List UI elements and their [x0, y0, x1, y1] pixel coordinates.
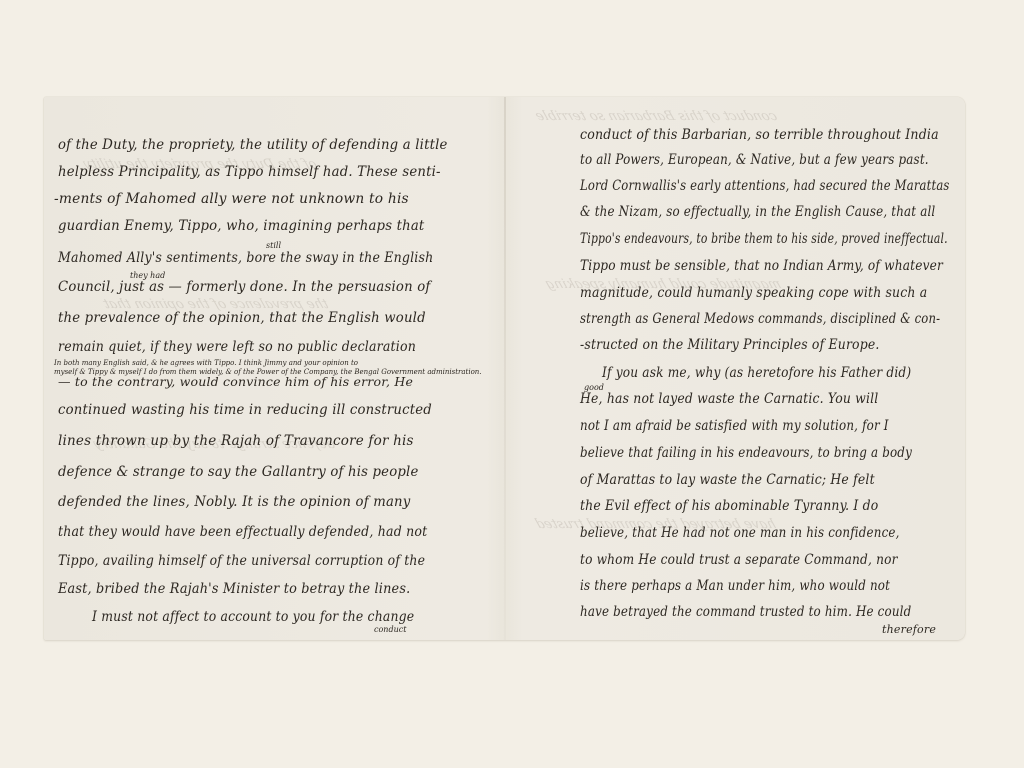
manuscript-line: to whom He could trust a separate Comman… [580, 552, 898, 568]
manuscript-line: lines thrown up by the Rajah of Travanco… [58, 433, 414, 449]
manuscript-line: believe that failing in his endeavours, … [580, 445, 912, 461]
manuscript-line: believe, that He had not one man in his … [580, 525, 900, 541]
catchword: therefore [882, 623, 936, 636]
manuscript-line: defence & strange to say the Gallantry o… [58, 464, 418, 480]
manuscript-line: helpless Principality, as Tippo himself … [58, 164, 441, 180]
manuscript-line: guardian Enemy, Tippo, who, imagining pe… [58, 218, 424, 234]
manuscript-line: magnitude, could humanly speaking cope w… [580, 285, 927, 301]
manuscript-line: conduct of this Barbarian, so terrible t… [580, 127, 939, 143]
manuscript-line: Tippo's endeavours, to bribe them to his… [580, 231, 948, 247]
manuscript-line: He, has not layed waste the Carnatic. Yo… [580, 391, 878, 407]
manuscript-line: Council, just as — formerly done. In the… [58, 279, 430, 295]
viewer-stage: of the Duty the propriety the utility th… [0, 0, 1024, 768]
insertion-conduct: conduct [374, 625, 406, 634]
manuscript-line: defended the lines, Nobly. It is the opi… [58, 494, 410, 510]
manuscript-line: -structed on the Military Principles of … [580, 337, 880, 353]
manuscript-line: remain quiet, if they were left so no pu… [58, 339, 416, 355]
manuscript-line: Lord Cornwallis's early attentions, had … [580, 178, 950, 194]
manuscript-line: of Marattas to lay waste the Carnatic; H… [580, 472, 875, 488]
manuscript-sheet: of the Duty the propriety the utility th… [44, 97, 965, 640]
manuscript-line: continued wasting his time in reducing i… [58, 402, 432, 418]
manuscript-line: If you ask me, why (as heretofore his Fa… [602, 365, 911, 381]
manuscript-line: — to the contrary, would convince him of… [58, 374, 413, 389]
manuscript-line: is there perhaps a Man under him, who wo… [580, 578, 890, 594]
right-page: conduct of this Barbarian so terrible ma… [506, 97, 965, 640]
manuscript-line: not I am afraid be satisfied with my sol… [580, 418, 889, 434]
manuscript-line: strength as General Medows commands, dis… [580, 311, 940, 327]
manuscript-line: that they would have been effectually de… [58, 524, 427, 540]
manuscript-line: Mahomed Ally's sentiments, bore the sway… [58, 250, 433, 266]
insertion-still: still [266, 241, 281, 250]
manuscript-line: to all Powers, European, & Native, but a… [580, 152, 929, 168]
manuscript-line: East, bribed the Rajah's Minister to bet… [58, 581, 410, 597]
left-page: of the Duty the propriety the utility th… [44, 97, 504, 640]
manuscript-line: Tippo must be sensible, that no Indian A… [580, 258, 943, 274]
manuscript-line: the Evil effect of his abominable Tyrann… [580, 498, 878, 514]
interlinear-note: In both many English said, & he agrees w… [54, 359, 358, 367]
manuscript-line: -ments of Mahomed ally were not unknown … [54, 191, 409, 207]
manuscript-line: of the Duty, the propriety, the utility … [58, 137, 448, 153]
manuscript-line: I must not affect to account to you for … [92, 609, 414, 625]
bleed-through-text: conduct of this Barbarian so terrible [533, 109, 779, 124]
manuscript-line: Tippo, availing himself of the universal… [58, 553, 425, 569]
manuscript-line: the prevalence of the opinion, that the … [58, 310, 426, 326]
manuscript-line: have betrayed the command trusted to him… [580, 604, 911, 620]
manuscript-line: & the Nizam, so effectually, in the Engl… [580, 204, 935, 220]
